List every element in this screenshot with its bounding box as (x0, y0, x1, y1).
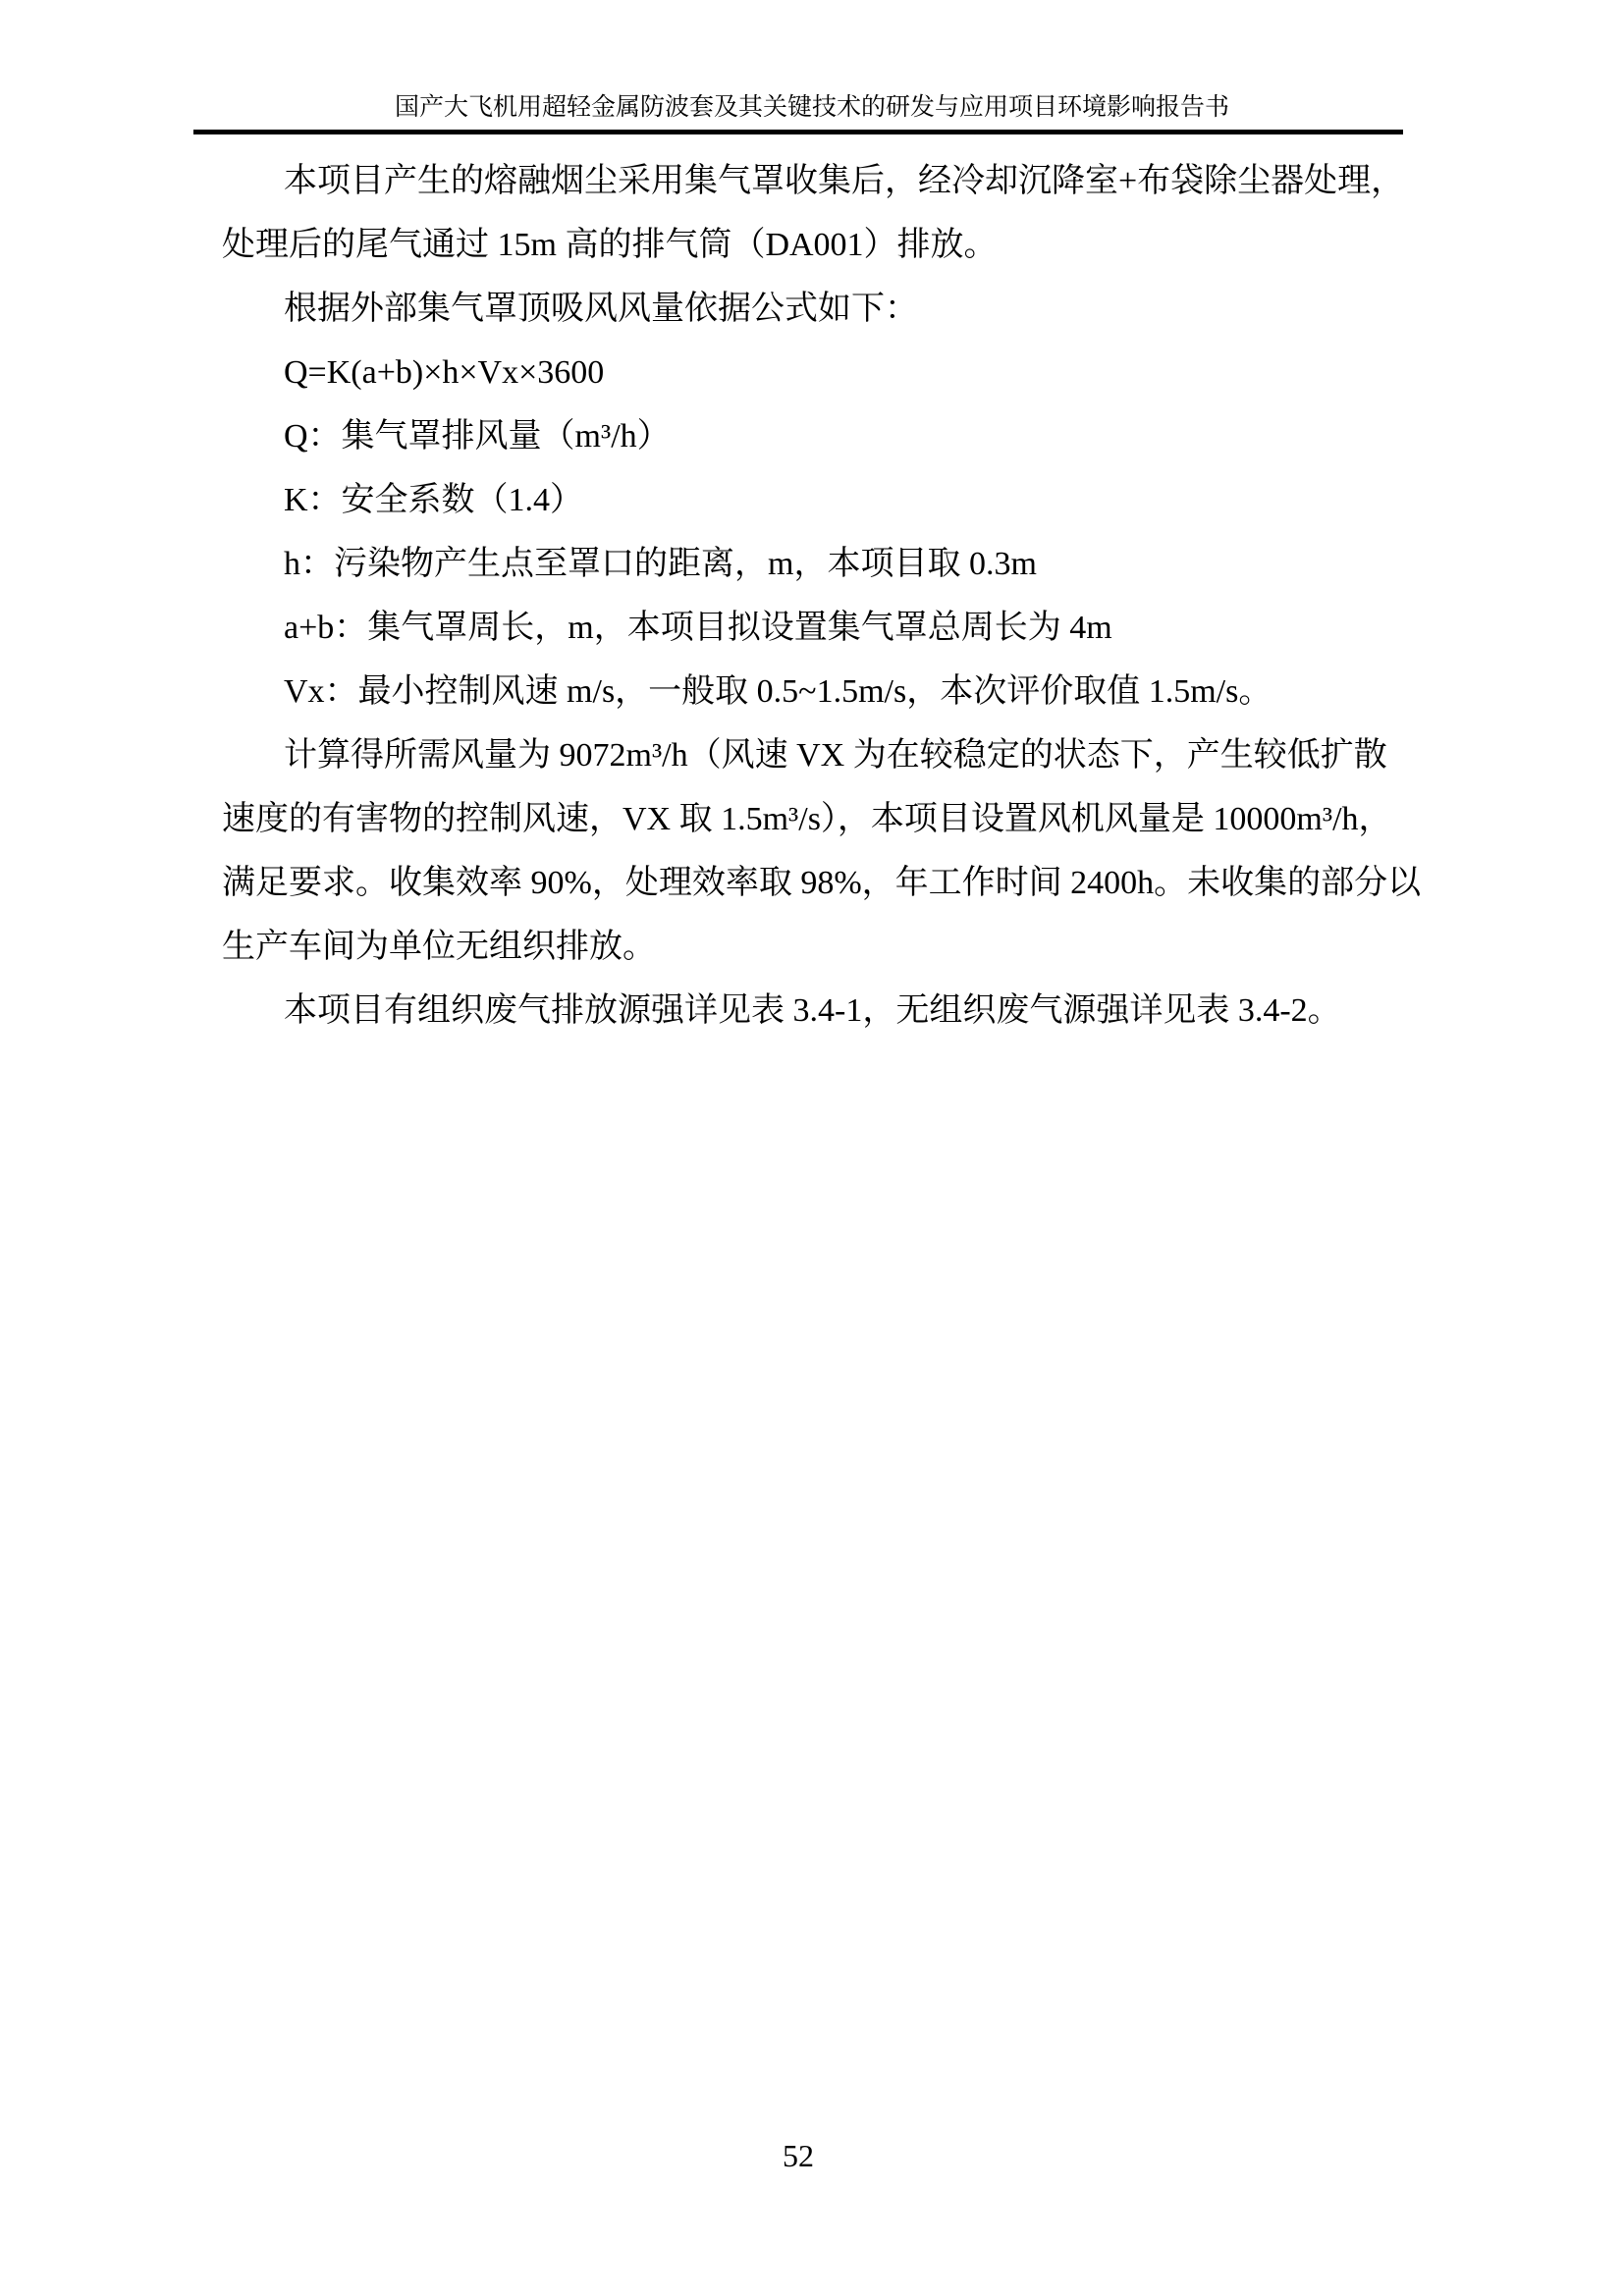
document-page: 国产大飞机用超轻金属防波套及其关键技术的研发与应用项目环境影响报告书 本项目产生… (0, 0, 1624, 2296)
body-line: 处理后的尾气通过 15m 高的排气筒（DA001）排放。 (222, 213, 1404, 277)
body-line: 本项目有组织废气排放源强详见表 3.4-1，无组织废气源强详见表 3.4-2。 (222, 979, 1404, 1042)
body-line: Q：集气罩排风量（m³/h） (222, 404, 1404, 468)
body-line-formula: Q=K(a+b)×h×Vx×3600 (222, 341, 1404, 404)
body-line: 根据外部集气罩顶吸风风量依据公式如下： (222, 277, 1404, 341)
body-line: 速度的有害物的控制风速，VX 取 1.5m³/s），本项目设置风机风量是 100… (222, 787, 1404, 851)
body-line: 本项目产生的熔融烟尘采用集气罩收集后，经冷却沉降室+布袋除尘器处理， (222, 149, 1404, 213)
body-line: 满足要求。收集效率 90%，处理效率取 98%，年工作时间 2400h。未收集的… (222, 851, 1404, 915)
body-line: K：安全系数（1.4） (222, 468, 1404, 532)
body-line: Vx：最小控制风速 m/s，一般取 0.5~1.5m/s，本次评价取值 1.5m… (222, 660, 1404, 723)
body-line: 生产车间为单位无组织排放。 (222, 915, 1404, 979)
body-line: a+b：集气罩周长，m，本项目拟设置集气罩总周长为 4m (222, 596, 1404, 660)
page-number: 52 (0, 2140, 1597, 2171)
body-line: 计算得所需风量为 9072m³/h（风速 VX 为在较稳定的状态下，产生较低扩散 (222, 723, 1404, 787)
body-text-block: 本项目产生的熔融烟尘采用集气罩收集后，经冷却沉降室+布袋除尘器处理， 处理后的尾… (222, 149, 1404, 1042)
page-header-title: 国产大飞机用超轻金属防波套及其关键技术的研发与应用项目环境影响报告书 (0, 94, 1624, 122)
body-line: h：污染物产生点至罩口的距离，m，本项目取 0.3m (222, 532, 1404, 596)
header-rule-line (193, 130, 1403, 134)
